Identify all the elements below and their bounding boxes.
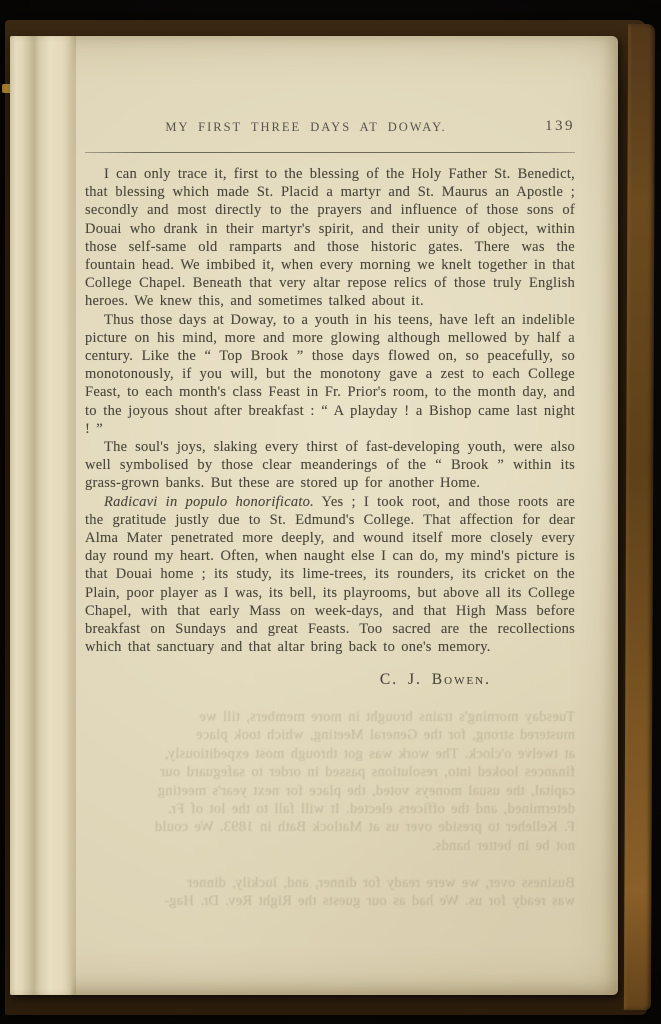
latin-italic-phrase: Radicavi in populo honorificato. <box>104 494 314 510</box>
book-page-photo: Tuesday morning's trains brought in more… <box>0 0 661 1024</box>
body-text: I can only trace it, first to the blessi… <box>85 165 575 656</box>
running-header-title: MY FIRST THREE DAYS AT DOWAY. <box>61 120 551 135</box>
page-number: 139 <box>545 118 575 135</box>
paragraph: I can only trace it, first to the blessi… <box>85 165 575 311</box>
header-rule <box>85 152 575 153</box>
paragraph: Thus those days at Doway, to a youth in … <box>85 311 575 438</box>
running-header: MY FIRST THREE DAYS AT DOWAY. 139 <box>85 120 575 137</box>
page-content: MY FIRST THREE DAYS AT DOWAY. 139 I can … <box>10 36 618 995</box>
book-cover-fore-edge <box>624 24 655 1010</box>
paragraph: Radicavi in populo honorificato. Yes ; I… <box>85 493 575 657</box>
paragraph: The soul's joys, slaking every thirst of… <box>85 438 575 493</box>
author-signature: C. J. Bowen. <box>85 671 575 689</box>
book-page: Tuesday morning's trains brought in more… <box>10 36 618 995</box>
